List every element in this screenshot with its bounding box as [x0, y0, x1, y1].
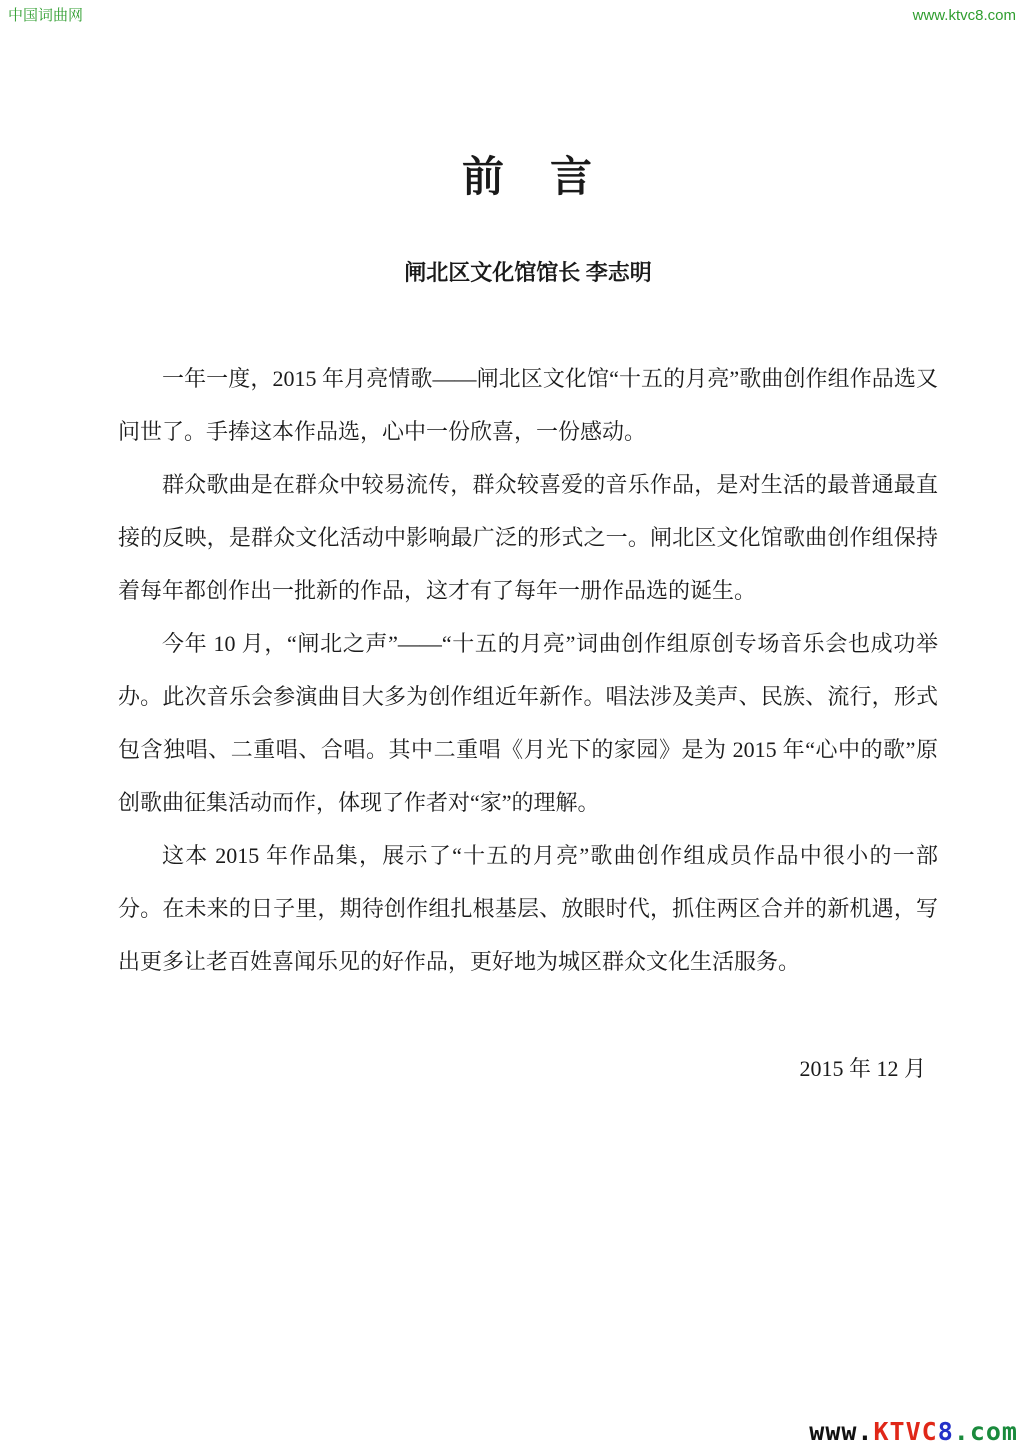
- document-page: 中国词曲网 www.ktvc8.com 前 言 闸北区文化馆馆长 李志明 一年一…: [0, 0, 1024, 1449]
- body-text: 一年一度，2015 年月亮情歌——闸北区文化馆“十五的月亮”歌曲创作组作品选又问…: [118, 352, 938, 988]
- document-content: 前 言 闸北区文化馆馆长 李志明 一年一度，2015 年月亮情歌——闸北区文化馆…: [118, 152, 938, 1084]
- page-title: 前 言: [118, 152, 938, 204]
- site-name-link[interactable]: 中国词曲网: [8, 7, 83, 25]
- body-paragraph-3: 今年 10 月，“闸北之声”——“十五的月亮”词曲创作组原创专场音乐会也成功举办…: [118, 617, 938, 829]
- body-paragraph-2: 群众歌曲是在群众中较易流传，群众较喜爱的音乐作品，是对生活的最普通最直接的反映，…: [118, 458, 938, 617]
- site-url-link[interactable]: www.ktvc8.com: [913, 7, 1016, 25]
- body-paragraph-1: 一年一度，2015 年月亮情歌——闸北区文化馆“十五的月亮”歌曲创作组作品选又问…: [118, 352, 938, 458]
- body-paragraph-4: 这本 2015 年作品集，展示了“十五的月亮”歌曲创作组成员作品中很小的一部分。…: [118, 829, 938, 988]
- site-header: 中国词曲网 www.ktvc8.com: [8, 7, 1016, 25]
- watermark-com-segment: .com: [954, 1417, 1018, 1446]
- author-line: 闸北区文化馆馆长 李志明: [118, 258, 938, 288]
- ktvc8-watermark-logo: www.KTVC8.com: [809, 1419, 1018, 1444]
- watermark-ktvc-segment: KTVC: [874, 1417, 938, 1446]
- date-line: 2015 年 12 月: [118, 1054, 938, 1084]
- watermark-www-segment: www.: [809, 1417, 873, 1446]
- watermark-eight-segment: 8: [938, 1417, 954, 1446]
